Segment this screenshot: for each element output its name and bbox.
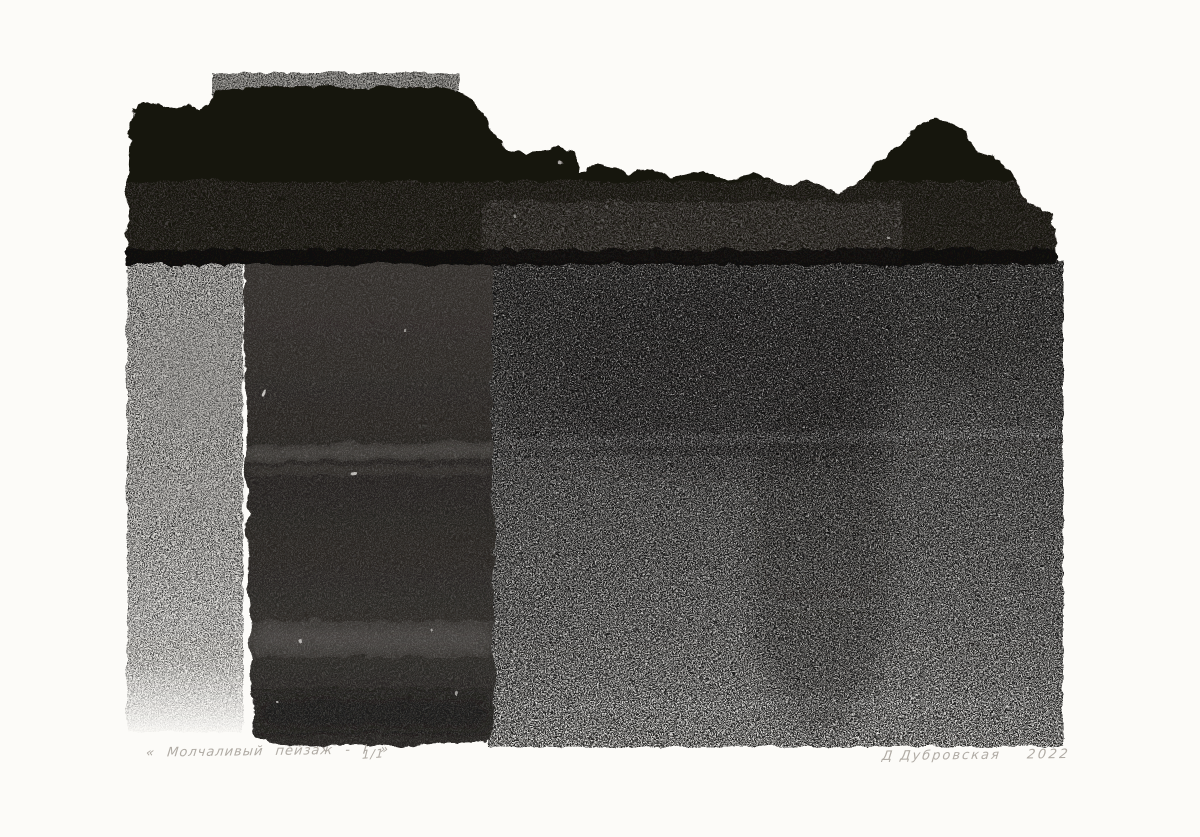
- photographed-paper-sheet: « Молчаливый пейзаж - I » 1/1 Д Дубровск…: [0, 0, 1200, 837]
- artist-signature: Д Дубровская2022: [882, 747, 1070, 764]
- signature-name: Д Дубровская: [881, 748, 1001, 764]
- black-mountain-band: [125, 84, 1060, 266]
- monotype-print: [0, 0, 1200, 837]
- light-wash-column: [126, 259, 242, 731]
- dark-ink-column: [239, 259, 495, 745]
- signature-year: 2022: [1026, 747, 1071, 762]
- grainy-grey-field: [430, 259, 1062, 746]
- edition-mark: 1/1: [362, 746, 385, 762]
- edition-mark-text: 1/1: [362, 746, 385, 762]
